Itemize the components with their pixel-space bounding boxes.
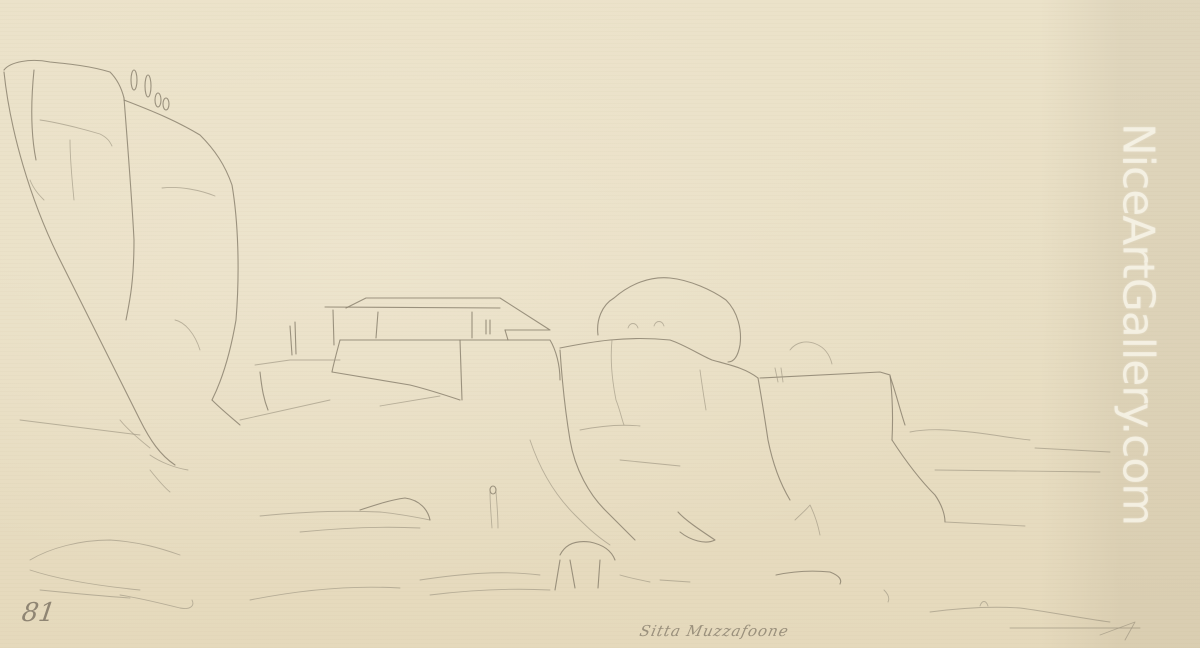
artwork-canvas: NiceArtGallery.com 81 Sitta Muzzafoone: [0, 0, 1200, 648]
left-cliff: [4, 60, 240, 492]
central-cliff: [530, 278, 790, 545]
right-fort-wall: [760, 342, 1110, 526]
watermark-text: NiceArtGallery.com: [1113, 123, 1164, 525]
inscription-text: Sitta Muzzafoone: [638, 622, 791, 640]
pencil-sketch: [0, 0, 1200, 648]
foreground: [20, 420, 1140, 640]
page-number: 81: [20, 598, 57, 628]
fort-building: [240, 298, 560, 420]
